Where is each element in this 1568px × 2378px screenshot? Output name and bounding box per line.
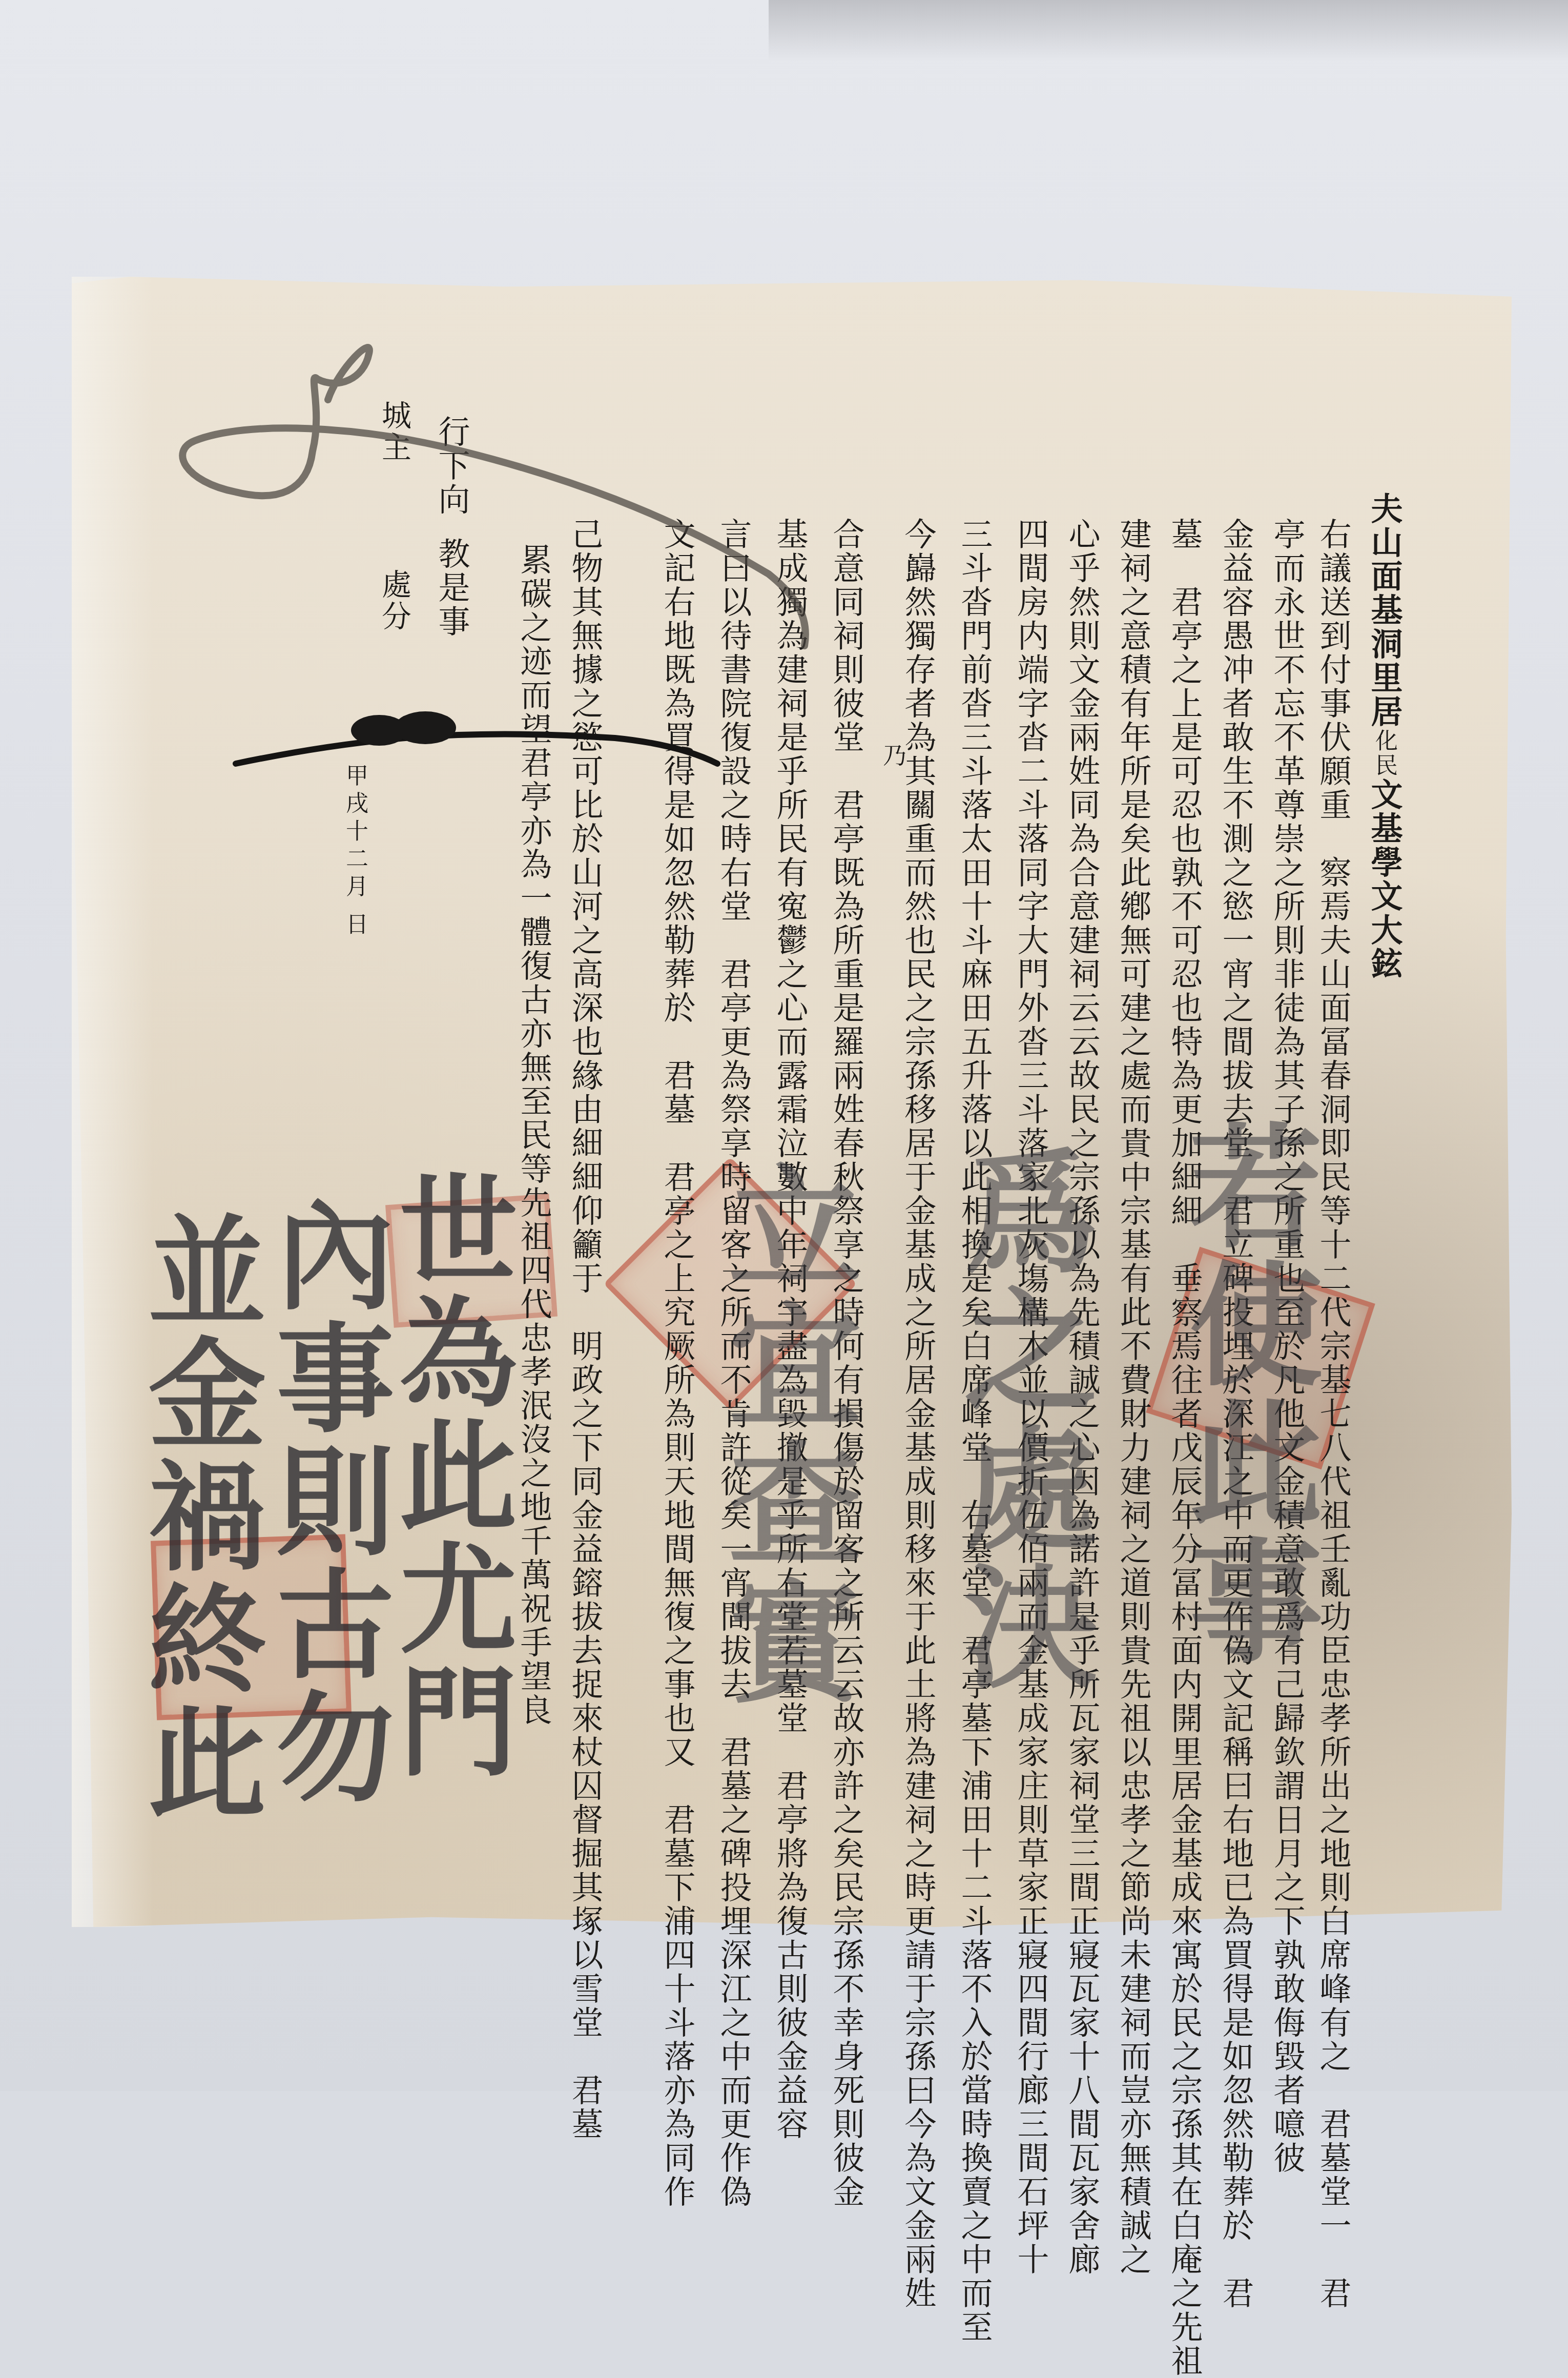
heading-petitioner: 文基學文大鉉 — [1366, 778, 1403, 981]
body-column-14: 己物其無據之慾可比於山河之高深也緣由細細仰籲于 明政之下同金益鎔拔去捉來杖囚督掘… — [569, 518, 601, 2091]
annotation-nai: 乃 — [881, 743, 905, 770]
disposition-calligraphy-col-1: 世為此尤門 — [389, 1168, 507, 1783]
body-column-13: 文記右地既為買得是如忽然勒葬於 君墓 君亭之上究厥所為則天地間無復之事也又 君墓… — [661, 518, 693, 2091]
disposition-calligraphy-col-2: 內事則古勿 — [266, 1194, 384, 1809]
overlay-calligraphy-col-2: 爲之處決 — [953, 1143, 1086, 1696]
body-column-15: 累碳之迹而望君亭亦為一體復古亦無至民等先祖四代忠孝泯沒之地千萬祝手望良 — [518, 543, 549, 1727]
date-line: 甲戌十二月 — [343, 764, 366, 902]
heading-place: 夫山面基洞里居 — [1366, 492, 1403, 729]
date-day: 日 — [343, 912, 366, 940]
closing-heng-xia-xiang: 行下向 — [433, 415, 470, 517]
closing-action-line: 行下向教是事 — [436, 415, 467, 639]
closing-disposition: 處分 — [379, 569, 409, 632]
body-column-5: 建祠之意積有年所是矣此鄕無可建之處而貴中宗基有此不費財力建祠之道則貴先祖以忠孝之… — [1117, 518, 1149, 2091]
heading-humble-subject: 化民 — [1371, 729, 1397, 778]
heading-column: 夫山面基洞里居化民文基學文大鉉 — [1368, 492, 1400, 981]
closing-addressee-magistrate: 城主 — [379, 400, 409, 463]
disposition-calligraphy-col-3: 並金禍終此 — [138, 1209, 256, 1824]
closing-instruction: 教是事 — [433, 537, 470, 639]
overlay-calligraphy-col-3: 立宜查實 — [717, 1158, 851, 1712]
shadow-band — [769, 0, 1568, 61]
overlay-calligraphy-col-1: 若使此事 — [1179, 1117, 1312, 1671]
